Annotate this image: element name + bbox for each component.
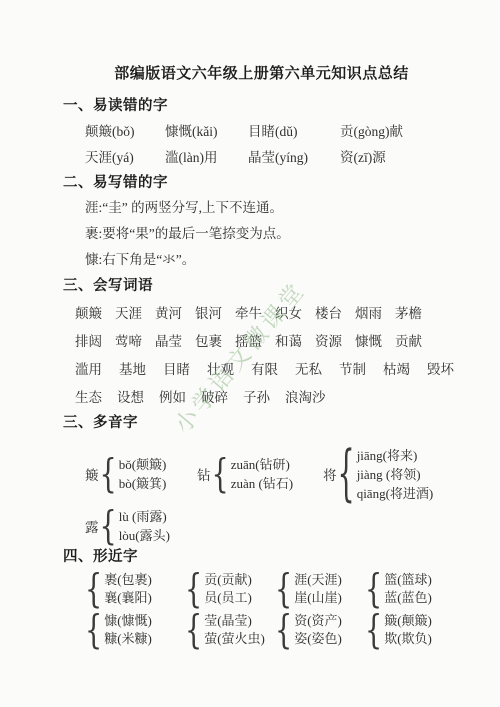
word-row-4: 生态 设想 例如 破碎 子孙 浪淘沙 bbox=[75, 389, 460, 406]
pair-item: 簸(颠簸) bbox=[384, 612, 432, 630]
section-heading-lookalike: 四、形近字 bbox=[63, 549, 460, 565]
brace-icon: { bbox=[185, 608, 202, 653]
brace-icon: { bbox=[338, 439, 355, 509]
section-heading-misread: 一、易读错的字 bbox=[63, 98, 460, 114]
polyphonic-char: 露 bbox=[85, 516, 99, 536]
pair-item: 糠(米糠) bbox=[104, 630, 152, 648]
reading-item: lòu(露头) bbox=[119, 526, 170, 545]
word-item: 破碎 bbox=[201, 389, 228, 406]
word-item: 子孙 bbox=[243, 389, 270, 406]
word-item: 无私 bbox=[295, 361, 322, 378]
word-row-1: 颠簸 天涯 黄河 银河 牵牛 织女 楼台 烟雨 茅檐 bbox=[75, 305, 460, 322]
pair-item: 员(员工) bbox=[204, 589, 252, 607]
pair-item: 资(资产) bbox=[294, 612, 342, 630]
misread-row-1: 颠簸(bǒ) 慷慨(kǎi) 目睹(dǔ) 贡(gòng)献 bbox=[85, 123, 460, 140]
word-item: 滥用 bbox=[75, 361, 102, 378]
reading-item: qiāng(将进酒) bbox=[357, 484, 434, 503]
section-heading-words: 三、会写词语 bbox=[63, 278, 460, 294]
word-item: 楼台 bbox=[315, 305, 342, 322]
pair-item: 襄(襄阳) bbox=[104, 589, 152, 607]
word-item: 贡献 bbox=[395, 333, 422, 350]
word-item: 设想 bbox=[117, 389, 144, 406]
lookalike-pair: { 簸(颠簸) 欺(欺负) bbox=[365, 612, 460, 648]
reading-item: zuān(钻研) bbox=[231, 455, 293, 474]
pair-item: 姿(姿色) bbox=[294, 630, 342, 648]
miswritten-note: 涯:“圭” 的两竖分写,上下不连通。 bbox=[85, 199, 460, 216]
word-item: 晶莹 bbox=[155, 333, 182, 350]
lookalike-pair: { 贡(贡献) 员(员工) bbox=[185, 571, 275, 607]
polyphonic-row: 簸 { bǒ(颠簸) bò(簸箕) 钻 { zuān(钻研) zuàn (钻石)… bbox=[85, 443, 460, 505]
word-item: 排闼 bbox=[75, 333, 102, 350]
brace-icon: { bbox=[185, 567, 202, 612]
misread-item: 目睹(dǔ) bbox=[248, 123, 340, 140]
pair-item: 贡(贡献) bbox=[204, 571, 252, 589]
brace-icon: { bbox=[275, 608, 292, 653]
page-title: 部编版语文六年级上册第六单元知识点总结 bbox=[63, 64, 460, 84]
pair-item: 崖(山崖) bbox=[294, 589, 342, 607]
miswritten-note: 裹:要将“果”的最后一笔捺变为点。 bbox=[85, 225, 460, 242]
word-item: 慷慨 bbox=[355, 333, 382, 350]
misread-item: 资(zī)源 bbox=[340, 149, 460, 166]
reading-item: zuàn (钻石) bbox=[231, 474, 293, 493]
reading-item: bǒ(颠簸) bbox=[119, 455, 167, 474]
misread-item: 慷慨(kǎi) bbox=[165, 123, 248, 140]
word-item: 资源 bbox=[315, 333, 342, 350]
section-heading-miswritten: 二、易写错的字 bbox=[63, 175, 460, 191]
lookalike-pair: { 慷(慷慨) 糠(米糠) bbox=[85, 612, 185, 648]
word-item: 例如 bbox=[159, 389, 186, 406]
misread-item: 滥(làn)用 bbox=[165, 149, 248, 166]
brace-icon: { bbox=[212, 452, 229, 497]
word-item: 基地 bbox=[119, 361, 146, 378]
lookalike-pair: { 裹(包裹) 襄(襄阳) bbox=[85, 571, 185, 607]
word-item: 茅檐 bbox=[395, 305, 422, 322]
pair-item: 欺(欺负) bbox=[384, 630, 432, 648]
lookalike-grid: { 裹(包裹) 襄(襄阳) { 贡(贡献) 员(员工) { 涯(天涯) 崖(山崖… bbox=[85, 571, 460, 648]
document-page: 小学语文微课堂 部编版语文六年级上册第六单元知识点总结 一、易读错的字 颠簸(b… bbox=[0, 0, 500, 707]
word-row-2: 排闼 莺啼 晶莹 包裹 摇篮 和蔼 资源 慷慨 贡献 bbox=[75, 333, 460, 350]
misread-item: 天涯(yá) bbox=[85, 149, 165, 166]
polyphonic-group-lu: 露 { lù (雨露) lòu(露头) bbox=[85, 507, 460, 545]
misread-item: 晶莹(yíng) bbox=[248, 149, 340, 166]
lookalike-pair: { 篮(篮球) 蓝(蓝色) bbox=[365, 571, 460, 607]
word-item: 天涯 bbox=[115, 305, 142, 322]
section-heading-polyphonic: 三、多音字 bbox=[63, 415, 460, 431]
word-item: 莺啼 bbox=[115, 333, 142, 350]
reading-item: jiāng(将来) bbox=[357, 446, 434, 465]
lookalike-pair: { 莹(晶莹) 萤(萤火虫) bbox=[185, 612, 275, 648]
misread-item: 颠簸(bǒ) bbox=[85, 123, 165, 140]
word-item: 目睹 bbox=[163, 361, 190, 378]
word-item: 有限 bbox=[251, 361, 278, 378]
pair-item: 萤(萤火虫) bbox=[204, 630, 265, 648]
word-item: 摇篮 bbox=[235, 333, 262, 350]
miswritten-note: 慷:右下角是“氺”。 bbox=[85, 251, 460, 268]
brace-icon: { bbox=[365, 567, 382, 612]
word-item: 烟雨 bbox=[355, 305, 382, 322]
word-row-3: 滥用 基地 目睹 壮观 有限 无私 节制 枯竭 毁坏 bbox=[75, 361, 460, 378]
brace-icon: { bbox=[100, 504, 117, 549]
pair-item: 裹(包裹) bbox=[104, 571, 152, 589]
word-item: 织女 bbox=[275, 305, 302, 322]
polyphonic-group-bo: 簸 { bǒ(颠簸) bò(簸箕) bbox=[85, 455, 197, 493]
pair-item: 慷(慷慨) bbox=[104, 612, 152, 630]
pair-item: 莹(晶莹) bbox=[204, 612, 265, 630]
word-item: 生态 bbox=[75, 389, 102, 406]
word-item: 牵牛 bbox=[235, 305, 262, 322]
brace-icon: { bbox=[365, 608, 382, 653]
polyphonic-char: 簸 bbox=[85, 464, 99, 484]
pair-item: 涯(天涯) bbox=[294, 571, 342, 589]
polyphonic-group-zuan: 钻 { zuān(钻研) zuàn (钻石) bbox=[197, 455, 323, 493]
word-item: 银河 bbox=[195, 305, 222, 322]
polyphonic-char: 将 bbox=[323, 464, 337, 484]
pair-item: 蓝(蓝色) bbox=[384, 589, 432, 607]
brace-icon: { bbox=[275, 567, 292, 612]
polyphonic-group-jiang: 将 { jiāng(将来) jiàng (将领) qiāng(将进酒) bbox=[323, 446, 460, 503]
misread-item: 贡(gòng)献 bbox=[340, 123, 460, 140]
word-item: 毁坏 bbox=[427, 361, 454, 378]
word-item: 和蔼 bbox=[275, 333, 302, 350]
polyphonic-char: 钻 bbox=[197, 464, 211, 484]
brace-icon: { bbox=[100, 452, 117, 497]
word-item: 枯竭 bbox=[383, 361, 410, 378]
reading-item: jiàng (将领) bbox=[357, 465, 434, 484]
lookalike-pair: { 资(资产) 姿(姿色) bbox=[275, 612, 365, 648]
reading-item: lù (雨露) bbox=[119, 507, 170, 526]
word-item: 浪淘沙 bbox=[285, 389, 326, 406]
word-item: 黄河 bbox=[155, 305, 182, 322]
pair-item: 篮(篮球) bbox=[384, 571, 432, 589]
word-item: 包裹 bbox=[195, 333, 222, 350]
lookalike-pair: { 涯(天涯) 崖(山崖) bbox=[275, 571, 365, 607]
brace-icon: { bbox=[85, 567, 102, 612]
misread-row-2: 天涯(yá) 滥(làn)用 晶莹(yíng) 资(zī)源 bbox=[85, 149, 460, 166]
reading-item: bò(簸箕) bbox=[119, 474, 167, 493]
brace-icon: { bbox=[85, 608, 102, 653]
word-item: 节制 bbox=[339, 361, 366, 378]
word-item: 壮观 bbox=[207, 361, 234, 378]
word-item: 颠簸 bbox=[75, 305, 102, 322]
